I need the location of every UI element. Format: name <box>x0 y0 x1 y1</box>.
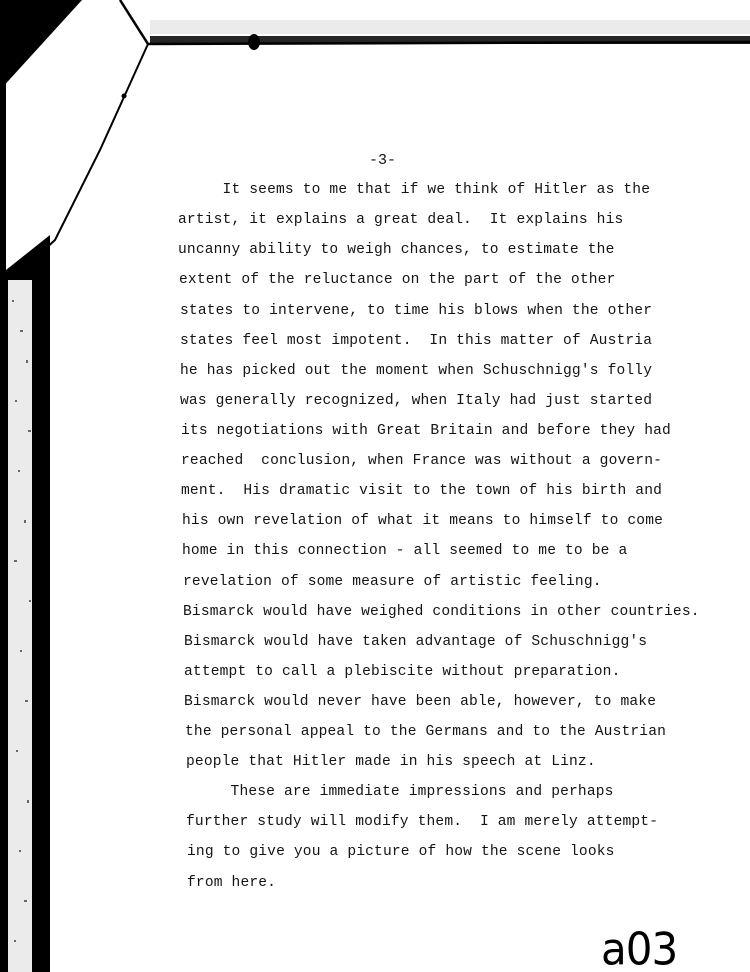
text-line: his own revelation of what it means to h… <box>182 512 663 530</box>
text-line: It seems to me that if we think of Hitle… <box>178 181 650 199</box>
text-line: from here. <box>187 874 276 892</box>
text-line: states to intervene, to time his blows w… <box>180 302 652 320</box>
text-line: ment. His dramatic visit to the town of … <box>181 482 662 500</box>
text-line: Bismarck would never have been able, how… <box>184 693 656 711</box>
text-line: states feel most impotent. In this matte… <box>180 332 652 350</box>
text-line: home in this connection - all seemed to … <box>182 542 627 560</box>
text-line: Bismarck would have taken advantage of S… <box>184 633 647 651</box>
text-line: reached conclusion, when France was with… <box>181 452 662 470</box>
text-line: was generally recognized, when Italy had… <box>180 392 652 410</box>
text-line: These are immediate impressions and perh… <box>186 783 614 801</box>
document-page: -3- It seems to me that if we think of H… <box>0 0 750 972</box>
text-line: Bismarck would have weighed conditions i… <box>183 603 700 621</box>
text-line: further study will modify them. I am mer… <box>186 813 658 831</box>
text-line: he has picked out the moment when Schusc… <box>180 362 652 380</box>
text-line: its negotiations with Great Britain and … <box>181 422 671 440</box>
text-line: extent of the reluctance on the part of … <box>179 271 615 289</box>
text-line: the personal appeal to the Germans and t… <box>185 723 666 741</box>
handwritten-page-annotation: a03 <box>601 927 677 972</box>
text-line: revelation of some measure of artistic f… <box>183 573 602 591</box>
text-line: artist, it explains a great deal. It exp… <box>178 211 623 229</box>
text-line: people that Hitler made in his speech at… <box>186 753 596 771</box>
page-number: -3- <box>369 152 396 169</box>
text-line: attempt to call a plebiscite without pre… <box>184 663 620 681</box>
text-line: uncanny ability to weigh chances, to est… <box>178 241 614 259</box>
text-line: ing to give you a picture of how the sce… <box>187 843 615 861</box>
